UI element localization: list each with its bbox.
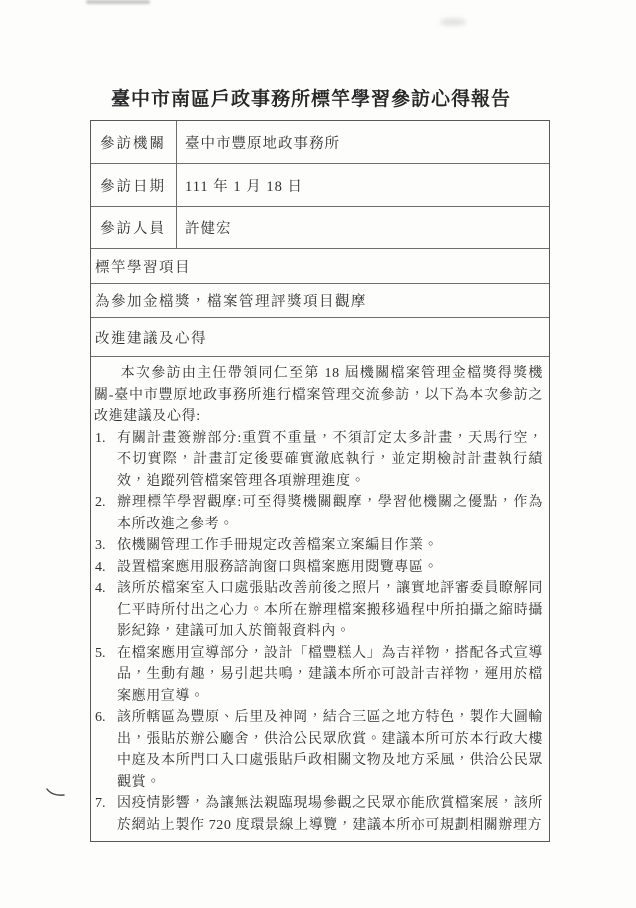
list-item-number: 7. xyxy=(95,793,106,815)
visit-date-value: 111 年 1 月 18 日 xyxy=(177,175,303,196)
list-item-text: 有關計畫簽辦部分:重質不重量，不須訂定太多計畫，天馬行空，不切實際，計畫訂定後要… xyxy=(117,431,543,489)
suggestions-header: 改進建議及心得 xyxy=(91,327,207,348)
list-item: 7. 因疫情影響，為讓無法親臨現場參觀之民眾亦能欣賞檔案展，該所於網站上製作 7… xyxy=(94,793,543,836)
table-row-learning-header: 標竿學習項目 xyxy=(91,249,549,284)
list-item: 4. 設置檔案應用服務諮詢窗口與檔案應用閱覽專區。 xyxy=(94,557,543,579)
list-item-text: 該所於檔案室入口處張貼改善前後之照片，讓實地評審委員瞭解同仁平時所付出之心力。本… xyxy=(117,581,543,639)
document-title: 臺中市南區戶政事務所標竿學習參訪心得報告 xyxy=(0,84,622,111)
visit-agency-value: 臺中市豐原地政事務所 xyxy=(177,132,340,153)
list-item-number: 6. xyxy=(95,707,106,729)
scanned-document-page: 臺中市南區戶政事務所標竿學習參訪心得報告 參訪機關 臺中市豐原地政事務所 參訪日… xyxy=(0,0,636,908)
list-item-text: 因疫情影響，為讓無法親臨現場參觀之民眾亦能欣賞檔案展，該所於網站上製作 720 … xyxy=(117,796,543,833)
list-item-text: 依機關管理工作手冊規定改善檔案立案編目作業。 xyxy=(117,538,438,553)
table-row-visit-personnel: 參訪人員 許健宏 xyxy=(91,207,549,249)
list-item-text: 在檔案應用宣導部分，設計「檔豐糕人」為吉祥物，搭配各式宣導品，生動有趣，易引起共… xyxy=(117,646,543,704)
list-item-text: 該所轄區為豐原、后里及神岡，結合三區之地方特色，製作大圖輸出，張貼於辦公廳舍，供… xyxy=(117,710,543,790)
list-item-text: 設置檔案應用服務諮詢窗口與檔案應用閱覽專區。 xyxy=(117,560,438,575)
table-row-visit-agency: 參訪機關 臺中市豐原地政事務所 xyxy=(91,121,549,164)
list-item: 3. 依機關管理工作手冊規定改善檔案立案編目作業。 xyxy=(94,535,543,557)
list-item-number: 5. xyxy=(95,643,106,665)
table-row-learning-value: 為參加金檔獎，檔案管理評獎項目觀摩 xyxy=(91,284,549,318)
list-item-number: 2. xyxy=(95,492,106,514)
learning-header: 標竿學習項目 xyxy=(91,256,191,277)
scan-artifact-smudge xyxy=(440,18,466,26)
list-item: 2. 辦理標竿學習觀摩:可至得獎機關觀摩，學習他機關之優點，作為本所改進之參考。 xyxy=(94,492,543,535)
list-item-number: 4. xyxy=(95,557,106,579)
pen-mark xyxy=(46,786,66,800)
visit-agency-label: 參訪機關 xyxy=(91,121,177,163)
learning-value: 為參加金檔獎，檔案管理評獎項目觀摩 xyxy=(91,290,367,311)
list-item: 5. 在檔案應用宣導部分，設計「檔豐糕人」為吉祥物，搭配各式宣導品，生動有趣，易… xyxy=(94,643,543,708)
list-item-text: 辦理標竿學習觀摩:可至得獎機關觀摩，學習他機關之優點，作為本所改進之參考。 xyxy=(117,495,543,532)
list-item: 4. 該所於檔案室入口處張貼改善前後之照片，讓實地評審委員瞭解同仁平時所付出之心… xyxy=(94,578,543,643)
visit-personnel-label: 參訪人員 xyxy=(91,207,177,248)
list-item-number: 4. xyxy=(95,578,106,600)
report-table: 參訪機關 臺中市豐原地政事務所 參訪日期 111 年 1 月 18 日 參訪人員… xyxy=(90,120,550,842)
body-intro: 本次參訪由主任帶領同仁至第 18 屆機關檔案管理金檔獎得獎機關-臺中市豐原地政事… xyxy=(94,363,543,428)
table-row-visit-date: 參訪日期 111 年 1 月 18 日 xyxy=(91,164,549,207)
scan-artifact-top-streak xyxy=(86,0,150,4)
list-item: 6. 該所轄區為豐原、后里及神岡，結合三區之地方特色，製作大圖輸出，張貼於辦公廳… xyxy=(94,707,543,793)
list-item: 1. 有關計畫簽辦部分:重質不重量，不須訂定太多計畫，天馬行空，不切實際，計畫訂… xyxy=(94,428,543,493)
table-row-suggestions-header: 改進建議及心得 xyxy=(91,318,549,357)
visit-personnel-value: 許健宏 xyxy=(177,217,232,238)
visit-date-label: 參訪日期 xyxy=(91,164,177,206)
list-item-number: 3. xyxy=(95,535,106,557)
list-item-number: 1. xyxy=(95,428,106,450)
suggestions-body: 本次參訪由主任帶領同仁至第 18 屆機關檔案管理金檔獎得獎機關-臺中市豐原地政事… xyxy=(91,357,549,843)
